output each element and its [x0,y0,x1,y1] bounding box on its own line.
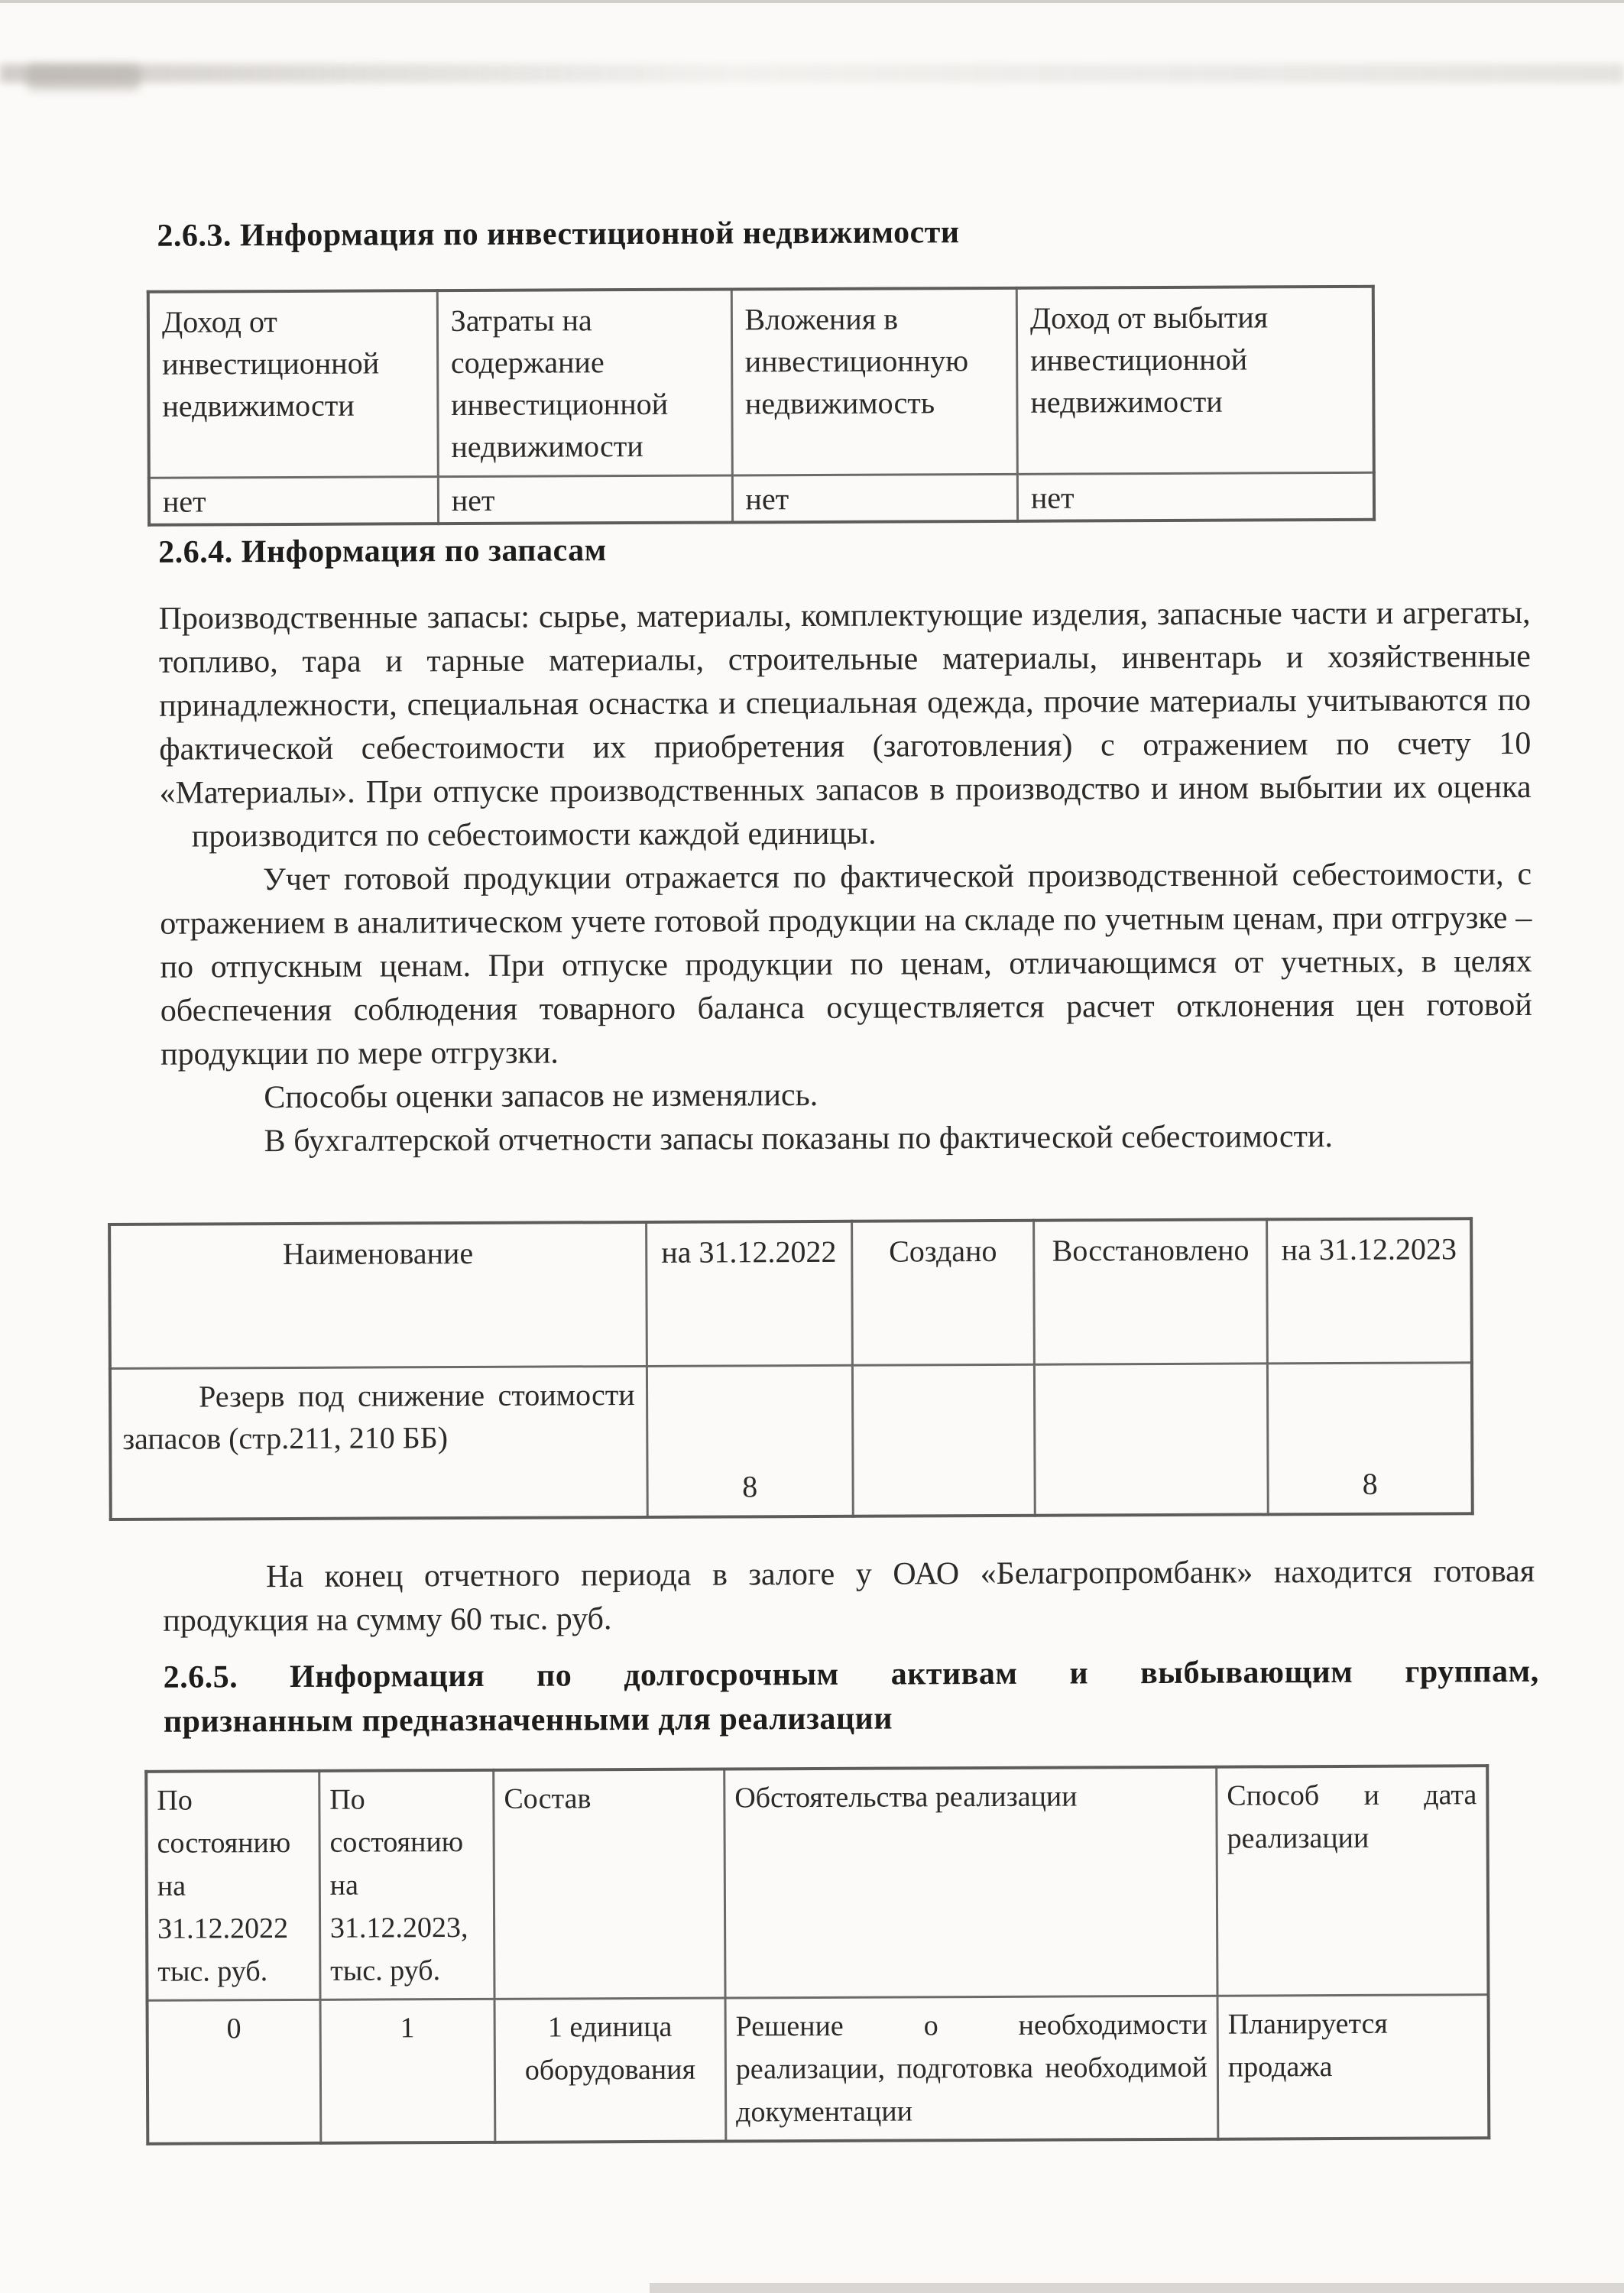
long-term-assets-table: По состоянию на 31.12.2022 тыс. руб. По … [144,1764,1490,2145]
table-cell: нет [438,475,732,524]
heading-line-2: признанным предназначенными для реализац… [164,1694,1539,1744]
paragraph: Способы оценки запасов не изменялись. [160,1071,1532,1121]
reserve-created-value [852,1364,1036,1516]
table-header-row: Наименование на 31.12.2022 Создано Восст… [109,1218,1472,1368]
asset-circumstances-cell: Решение о необходимости реализации, подг… [725,1996,1218,2141]
table-header-cell: Наименование [109,1222,647,1368]
asset-composition-cell: 1 единица оборудования [494,1998,726,2142]
table-header-cell: По состоянию на 31.12.2023, тыс. руб. [319,1770,494,1999]
scanned-document-page: 2.6.3. Информация по инвестиционной недв… [0,0,1624,2293]
inventory-reserve-table: Наименование на 31.12.2022 Создано Восст… [108,1217,1474,1521]
table-header-row: Доход от инвестиционной недвижимости Зат… [148,287,1374,478]
paragraph: Производственные запасы: сырье, материал… [159,592,1532,859]
table-header-cell: Восстановлено [1034,1219,1268,1364]
table-header-cell: Способ и дата реализации [1217,1766,1489,1996]
table-header-cell: Затраты на содержание инвестиционной нед… [437,289,732,476]
document-content: 2.6.3. Информация по инвестиционной недв… [0,0,1624,2293]
table-header-cell: Доход от выбытия инвестиционной недвижим… [1016,287,1374,475]
table-cell: нет [732,474,1018,522]
asset-method-cell: Планируется продажа [1217,1995,1489,2139]
section-heading-2-6-4: 2.6.4. Информация по запасам [158,524,1534,575]
investment-property-table: Доход от инвестиционной недвижимости Зат… [147,285,1376,527]
section-heading-2-6-5: 2.6.5. Информация по долгосрочным актива… [164,1649,1539,1744]
reserve-label-cell: Резерв под снижение стоимости запасов (с… [110,1366,647,1519]
asset-2023-value: 1 [320,1999,495,2142]
asset-2022-value: 0 [147,1999,321,2143]
table-header-cell: на 31.12.2022 [646,1221,852,1366]
table-cell: нет [1017,472,1374,521]
section-heading-2-6-3: 2.6.3. Информация по инвестиционной недв… [157,208,1532,258]
table-header-cell: Вложения в инвестиционную недвижимость [731,288,1018,475]
table-header-cell: По состоянию на 31.12.2022 тыс. руб. [146,1771,320,2000]
heading-line-1: 2.6.5. Информация по долгосрочным актива… [164,1649,1539,1700]
paragraph: На конец отчетного периода в залоге у ОА… [163,1550,1535,1643]
table-header-cell: Обстоятельства реализации [724,1767,1217,1998]
table-header-cell: Создано [851,1221,1035,1365]
paragraph: В бухгалтерской отчетности запасы показа… [160,1114,1532,1164]
table-header-cell: на 31.12.2023 [1267,1218,1472,1363]
pledge-note-text: На конец отчетного периода в залоге у ОА… [163,1550,1535,1643]
reserve-restored-value [1035,1363,1269,1515]
reserve-2022-value: 8 [647,1365,853,1517]
table-row-reserve: Резерв под снижение стоимости запасов (с… [110,1362,1473,1519]
paragraph: Учет готовой продукции отражается по фак… [160,853,1532,1077]
table-cell: нет [149,477,439,525]
table-header-cell: Состав [494,1769,725,1999]
table-header-cell: Доход от инвестиционной недвижимости [148,290,438,478]
reserve-2023-value: 8 [1268,1362,1473,1514]
table-row-asset: 0 1 1 единица оборудования Решение о нео… [147,1995,1489,2144]
table-row: нет нет нет нет [149,472,1374,524]
table-header-row: По состоянию на 31.12.2022 тыс. руб. По … [146,1766,1488,2000]
inventory-policy-text: Производственные запасы: сырье, материал… [159,592,1533,1164]
